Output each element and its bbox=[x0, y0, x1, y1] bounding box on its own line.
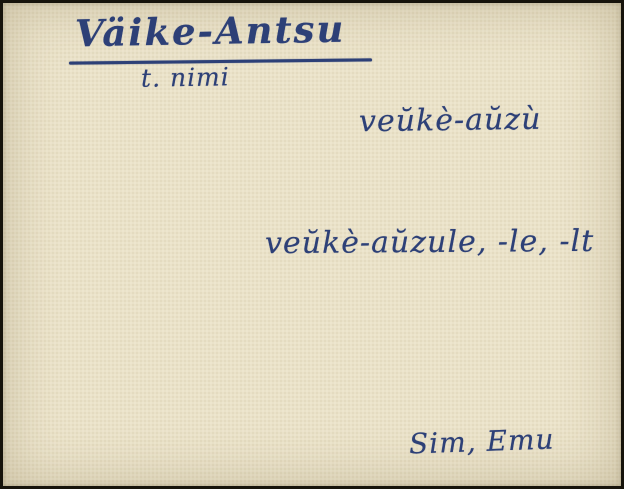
farm-name-label: t. nimi bbox=[141, 62, 230, 93]
farm-name-heading: Väike-Antsu bbox=[75, 7, 346, 56]
phonetic-name: veŭkè-aŭzù bbox=[359, 102, 542, 140]
card-scan: Väike-Antsu t. nimi veŭkè-aŭzù veŭkè-aŭz… bbox=[0, 0, 624, 489]
phonetic-declensions: veŭkè-aŭzule, -le, -lt bbox=[265, 224, 594, 261]
collector-signature: Sim, Emu bbox=[408, 422, 555, 460]
